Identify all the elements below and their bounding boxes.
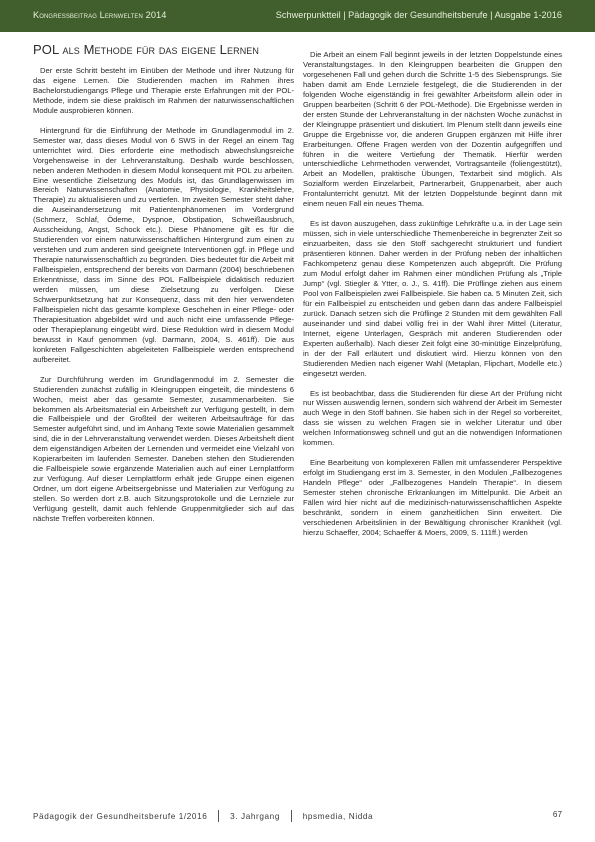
page-number: 67 [553,810,562,819]
header-section-label: Schwerpunktteil | Pädagogik der Gesundhe… [276,10,562,20]
footer-divider [218,810,219,822]
footer-journal: Pädagogik der Gesundheitsberufe 1/2016 [33,812,207,821]
paragraph: Zur Durchführung werden im Grundlagenmod… [33,375,294,524]
footer-divider [291,810,292,822]
left-column: POL als Methode für das eigene Lernen De… [33,42,294,534]
paragraph: Es ist beobachtbar, dass die Studierende… [303,389,562,449]
running-header: Kongressbeitrag Lernwelten 2014 Schwerpu… [0,0,595,32]
header-conference-label: Kongressbeitrag Lernwelten 2014 [33,10,166,20]
right-column: Die Arbeit an einem Fall beginnt jeweils… [303,50,562,548]
paragraph: Eine Bearbeitung von komplexeren Fällen … [303,458,562,538]
paragraph: Der erste Schritt besteht im Einüben der… [33,66,294,116]
footer-publisher: hpsmedia, Nidda [303,812,373,821]
paragraph: Die Arbeit an einem Fall beginnt jeweils… [303,50,562,209]
page-footer: Pädagogik der Gesundheitsberufe 1/2016 3… [33,810,562,824]
paragraph: Es ist davon auszugehen, dass zukünftige… [303,219,562,378]
footer-volume: 3. Jahrgang [230,812,280,821]
paragraph: Hintergrund für die Einführung der Metho… [33,126,294,365]
section-title: POL als Methode für das eigene Lernen [33,42,294,58]
